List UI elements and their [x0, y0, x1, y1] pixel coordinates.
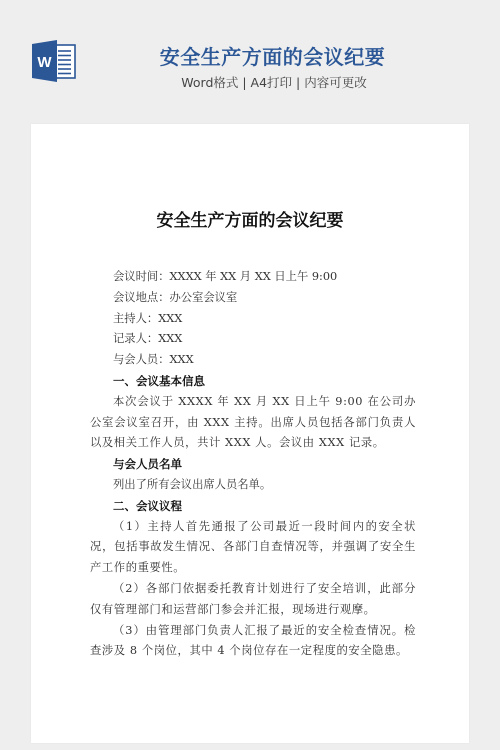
banner-title: 安全生产方面的会议纪要 [0, 45, 500, 69]
document-page: 安全生产方面的会议纪要 会议时间：XXXX 年 XX 月 XX 日上午 9:00… [31, 124, 469, 743]
section2-heading: 二、会议议程 [90, 496, 416, 517]
banner-subtitle: Word格式 | A4打印 | 内容可更改 [0, 75, 500, 91]
meta-recorder: 记录人：XXX [90, 329, 416, 350]
meta-host: 主持人：XXX [90, 309, 416, 330]
document-body: 会议时间：XXXX 年 XX 月 XX 日上午 9:00 会议地点：办公室会议室… [90, 267, 416, 662]
banner: W 安全生产方面的会议纪要 Word格式 | A4打印 | 内容可更改 [0, 0, 500, 124]
agenda-item-2: （2）各部门依据委托教育计划进行了安全培训，此部分仅有管理部门和运营部门参会并汇… [90, 579, 416, 621]
meta-time: 会议时间：XXXX 年 XX 月 XX 日上午 9:00 [90, 267, 416, 288]
agenda-item-1: （1）主持人首先通报了公司最近一段时间内的安全状况，包括事故发生情况、各部门自查… [90, 517, 416, 579]
meta-attendees: 与会人员：XXX [90, 350, 416, 371]
section1-heading: 一、会议基本信息 [90, 371, 416, 392]
meta-location: 会议地点：办公室会议室 [90, 288, 416, 309]
document-title: 安全生产方面的会议纪要 [31, 210, 469, 232]
attendees-heading: 与会人员名单 [90, 454, 416, 475]
agenda-item-3: （3）由管理部门负责人汇报了最近的安全检查情况。检查涉及 8 个岗位，其中 4 … [90, 621, 416, 663]
attendees-text: 列出了所有会议出席人员名单。 [90, 475, 416, 496]
section1-paragraph: 本次会议于 XXXX 年 XX 月 XX 日上午 9:00 在公司办公室会议室召… [90, 392, 416, 454]
